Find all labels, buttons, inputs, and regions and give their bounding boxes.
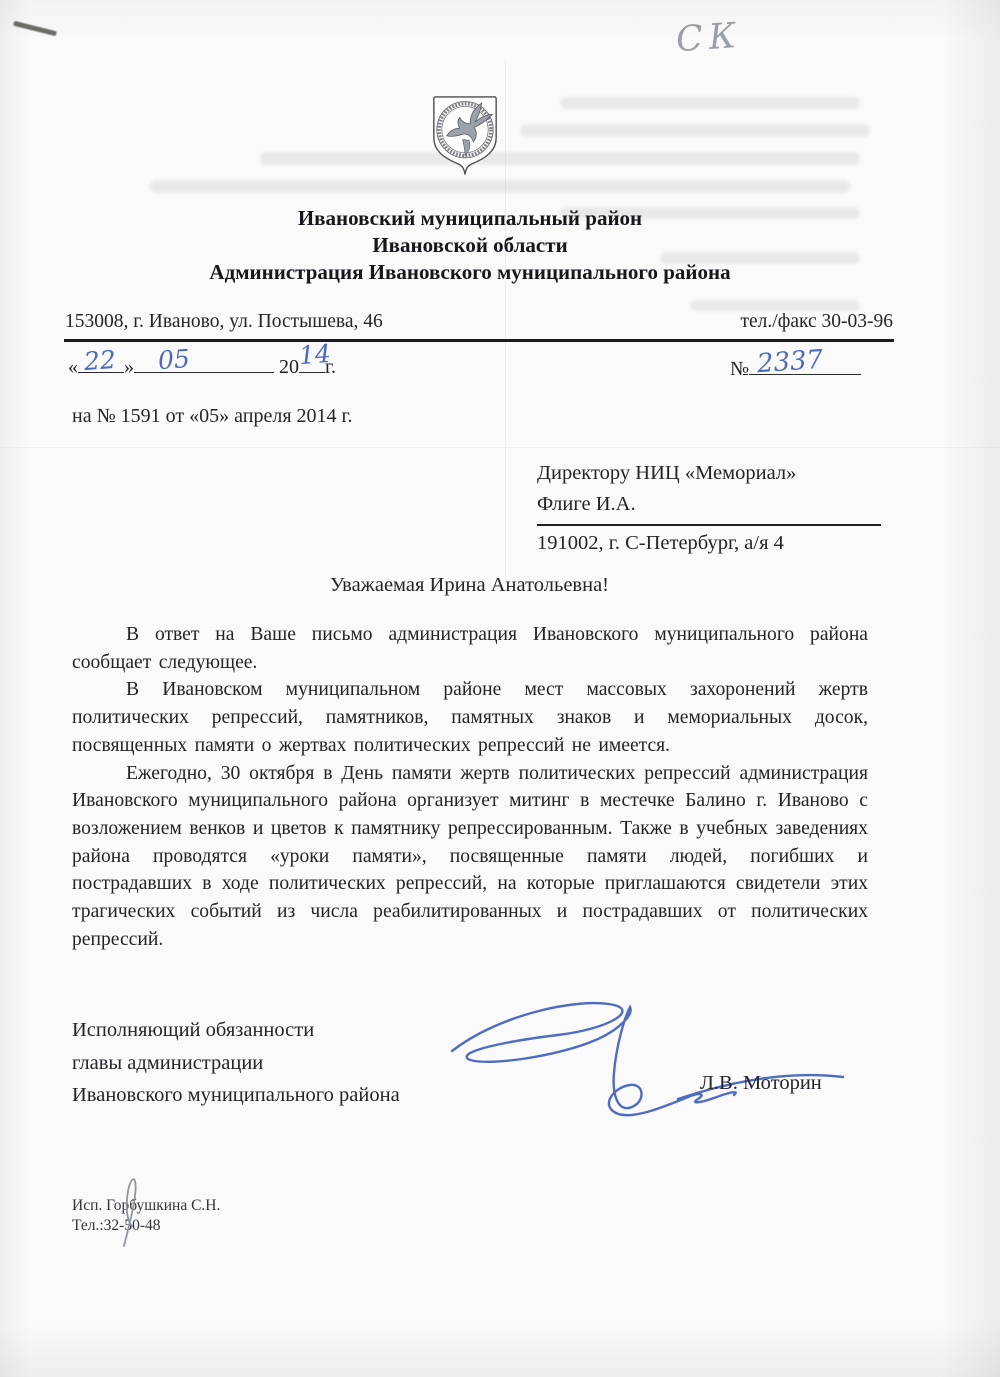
staple-mark: [13, 21, 57, 36]
org-name-line3: Администрация Ивановского муниципального…: [30, 259, 910, 286]
handwritten-signature: [438, 995, 858, 1135]
recipient-title: Директору НИЦ «Мемориал»: [537, 458, 881, 489]
pen-stroke-mark: [102, 1176, 152, 1248]
year-prefix: 20: [279, 356, 299, 378]
bleed-through-line: [520, 124, 870, 137]
bleed-through-line: [690, 300, 860, 311]
recipient-address: 191002, г. С-Петербург, а/я 4: [537, 528, 881, 559]
reference-line: на № 1591 от «05» апреля 2014 г.: [72, 405, 352, 428]
date-day-blank: 22: [78, 372, 124, 373]
signature-ink-icon: [438, 995, 858, 1135]
letter-body: В ответ на Ваше письмо администрация Ива…: [72, 621, 868, 953]
close-quote: »: [124, 356, 134, 378]
pencil-initials: СК: [675, 16, 744, 60]
recipient-block: Директору НИЦ «Мемориал» Флиге И.А. 1910…: [537, 458, 881, 559]
org-phone: тел./факс 30-03-96: [741, 311, 894, 333]
paragraph-1: В ответ на Ваше письмо администрация Ива…: [72, 621, 868, 676]
recipient-name: Флиге И.А.: [537, 489, 881, 520]
signer-title-line2: главы администрации: [72, 1047, 400, 1080]
signer-title-line1: Исполняющий обязанности: [72, 1014, 400, 1047]
org-name-line2: Ивановской области: [30, 232, 910, 259]
handwritten-year: 14: [298, 339, 332, 370]
paragraph-2: В Ивановском муниципальном районе мест м…: [72, 676, 868, 759]
paper-crease: [0, 447, 1000, 448]
handwritten-day: 22: [83, 345, 117, 376]
org-name-line1: Ивановский муниципальный район: [30, 205, 910, 232]
date-number-row: «22»05 2014г. №2337: [68, 356, 896, 400]
number-group: №2337: [730, 358, 861, 381]
number-blank: 2337: [749, 374, 861, 375]
date-year-blank: 14: [299, 372, 325, 373]
contact-row: 153008, г. Иваново, ул. Постышева, 46 те…: [65, 311, 893, 333]
recipient-rule: [537, 524, 881, 526]
open-quote: «: [68, 356, 78, 378]
pen-tick-icon: [102, 1176, 152, 1248]
signer-title-block: Исполняющий обязанности главы администра…: [72, 1014, 400, 1112]
letterhead: Ивановский муниципальный район Ивановско…: [30, 205, 910, 286]
signer-title-line3: Ивановского муниципального района: [72, 1079, 400, 1112]
falcon-coat-of-arms-icon: [427, 88, 503, 188]
org-address: 153008, г. Иваново, ул. Постышева, 46: [65, 311, 383, 333]
handwritten-month: 05: [157, 344, 191, 375]
bleed-through-line: [260, 152, 860, 165]
number-label: №: [730, 358, 749, 380]
paragraph-3: Ежегодно, 30 октября в День памяти жертв…: [72, 760, 868, 954]
bleed-through-line: [560, 97, 860, 109]
date-month-blank: 05: [134, 372, 274, 373]
header-rule: [64, 339, 894, 342]
handwritten-number: 2337: [756, 345, 824, 380]
coat-of-arms-emblem: [427, 88, 503, 188]
signer-name: Л.В. Моторин: [700, 1072, 822, 1095]
letter-page: СК Ивановский муниципальный район Иванов…: [0, 0, 1000, 1377]
salutation: Уважаемая Ирина Анатольевна!: [72, 574, 867, 597]
